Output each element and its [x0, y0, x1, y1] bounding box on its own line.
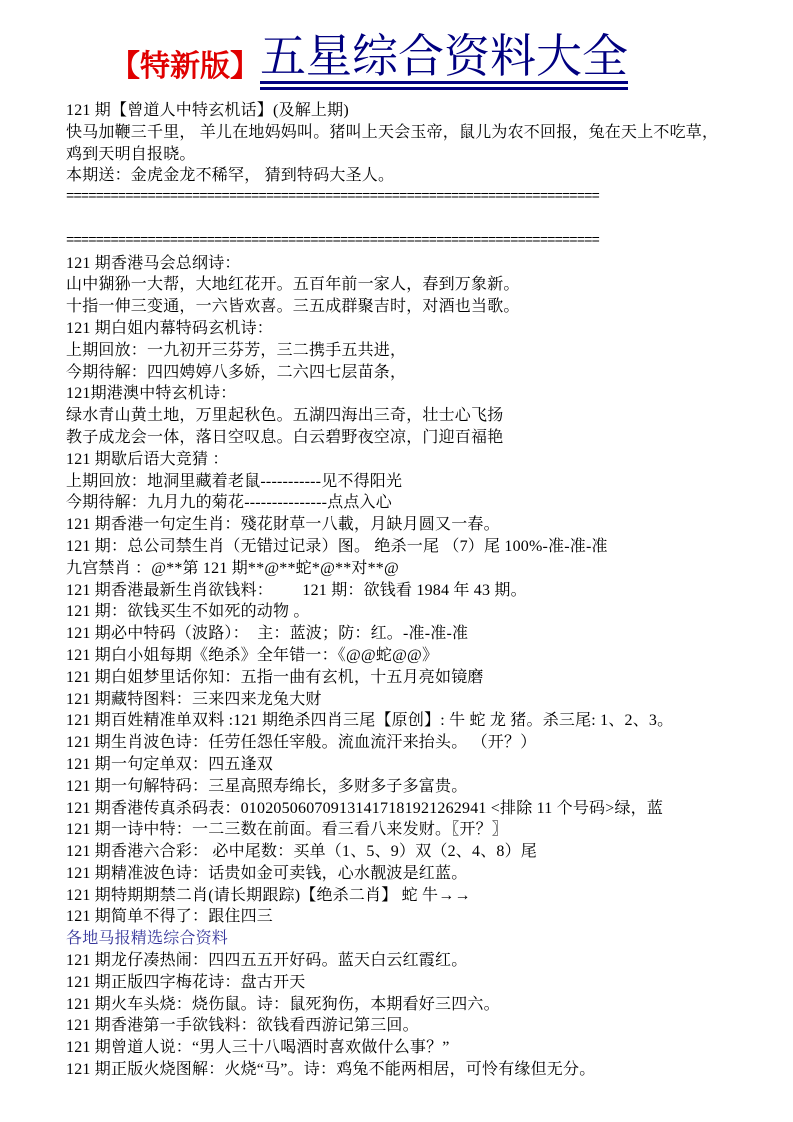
text-line: 121 期正版四字梅花诗：盘古开天 — [66, 972, 733, 994]
text-line: 今期待解：九月九的菊花---------------点点入心 — [66, 492, 733, 514]
text-line: 121 期白小姐每期《绝杀》全年错一：《@@蛇@@》 — [66, 645, 733, 667]
text-line: 121 期龙仔凑热闹：四四五五开好码。蓝天白云红霞红。 — [66, 950, 733, 972]
edition-badge: 【特新版】 — [110, 52, 260, 82]
text-line: 121 期简单不得了：跟住四三 — [66, 906, 733, 928]
text-line: 121 期生肖波色诗：任劳任怨任宰般。流血流汗来抬头。 （开？） — [66, 732, 733, 754]
text-line: 121 期香港一句定生肖：殘花財草一八載，月缺月圆又一春。 — [66, 514, 733, 536]
text-line: 121 期香港传真杀码表：010205060709131417181921262… — [66, 798, 733, 820]
text-line: 今期待解：四四娉婷八多娇，二六四七层苗条， — [66, 362, 733, 384]
text-line: 绿水青山黄土地，万里起秋色。五湖四海出三奇，壮士心飞扬 — [66, 405, 733, 427]
text-line: 十指一伸三变通，一六皆欢喜。三五成群聚吉时，对酒也当歌。 — [66, 296, 733, 318]
text-line: 121 期藏特图料：三来四来龙兔大财 — [66, 689, 733, 711]
text-line: 上期回放：地洞里藏着老鼠-----------见不得阳光 — [66, 471, 733, 493]
text-line: 121 期香港最新生肖欲钱料： 121 期：欲钱看 1984 年 43 期。 — [66, 580, 733, 602]
text-line — [66, 209, 733, 231]
text-line: 121 期必中特码（波路）： 主：蓝波；防：红。-准-准-准 — [66, 623, 733, 645]
text-line: 121 期：总公司禁生肖（无错过记录）图。 绝杀一尾 （7）尾 100%-准-准… — [66, 536, 733, 558]
text-line: 121期港澳中特玄机诗： — [66, 383, 733, 405]
text-line: 121 期正版火烧图解：火烧“马”。诗：鸡兔不能两相居，可怜有缘但无分。 — [66, 1059, 733, 1081]
text-line: 121 期白姐梦里话你知：五指一曲有玄机，十五月亮如镜磨 — [66, 667, 733, 689]
page-title: 五星综合资料大全 — [260, 34, 628, 90]
text-line: 121 期一句定单双：四五逢双 — [66, 754, 733, 776]
text-line: 121 期白姐内幕特码玄机诗： — [66, 318, 733, 340]
divider-line: ========================================… — [66, 187, 733, 209]
text-line: 快马加鞭三千里， 羊儿在地妈妈叫。猪叫上天会玉帝，鼠儿为农不回报，兔在天上不吃草… — [66, 122, 733, 144]
text-line: 山中猢狲一大帮，大地红花开。五百年前一家人，春到万象新。 — [66, 274, 733, 296]
text-line: 各地马报精选综合资料 — [66, 928, 733, 950]
text-line: 121 期火车头烧：烧伤鼠。诗：鼠死狗伤，本期看好三四六。 — [66, 994, 733, 1016]
page-header: 【特新版】 五星综合资料大全 — [110, 34, 733, 90]
text-line: 121 期香港六合彩： 必中尾数：买单（1、5、9）双（2、4、8）尾 — [66, 841, 733, 863]
content-lines: 121 期【曾道人中特玄机话】(及解上期)快马加鞭三千里， 羊儿在地妈妈叫。猪叫… — [66, 100, 733, 1081]
text-line: 鸡到天明自报晓。 — [66, 144, 733, 166]
text-line: 121 期特期期禁二肖(请长期跟踪)【绝杀二肖】 蛇 牛→→ — [66, 885, 733, 907]
text-line: 121 期一句解特码：三星高照寿绵长，多财多子多富贵。 — [66, 776, 733, 798]
text-line: 九宫禁肖 ：@**第 121 期**@**蛇*@**对**@ — [66, 558, 733, 580]
text-line: 121 期【曾道人中特玄机话】(及解上期) — [66, 100, 733, 122]
text-line: 121 期香港马会总纲诗： — [66, 253, 733, 275]
text-line: 121 期歇后语大竞猜 ： — [66, 449, 733, 471]
text-line: 121 期曾道人说：“男人三十八喝酒时喜欢做什么事？” — [66, 1037, 733, 1059]
document-page: 【特新版】 五星综合资料大全 121 期【曾道人中特玄机话】(及解上期)快马加鞭… — [0, 0, 793, 1122]
text-line: 121 期：欲钱买生不如死的动物 。 — [66, 601, 733, 623]
text-line: 121 期百姓精准单双料 :121 期绝杀四肖三尾【原创】: 牛 蛇 龙 猪。杀… — [66, 710, 733, 732]
text-line: 121 期精准波色诗：话贵如金可卖钱，心水靓波是红蓝。 — [66, 863, 733, 885]
text-line: 121 期一诗中特：一二三数在前面。看三看八来发财。〖开？〗 — [66, 819, 733, 841]
text-line: 121 期香港第一手欲钱料：欲钱看西游记第三回。 — [66, 1015, 733, 1037]
text-line: 教子成龙会一体，落日空叹息。白云碧野夜空凉，门迎百福艳 — [66, 427, 733, 449]
divider-line: ========================================… — [66, 231, 733, 253]
text-line: 上期回放：一九初开三芬芳，三二携手五共进， — [66, 340, 733, 362]
text-line: 本期送：金虎金龙不稀罕， 猜到特码大圣人。 — [66, 165, 733, 187]
